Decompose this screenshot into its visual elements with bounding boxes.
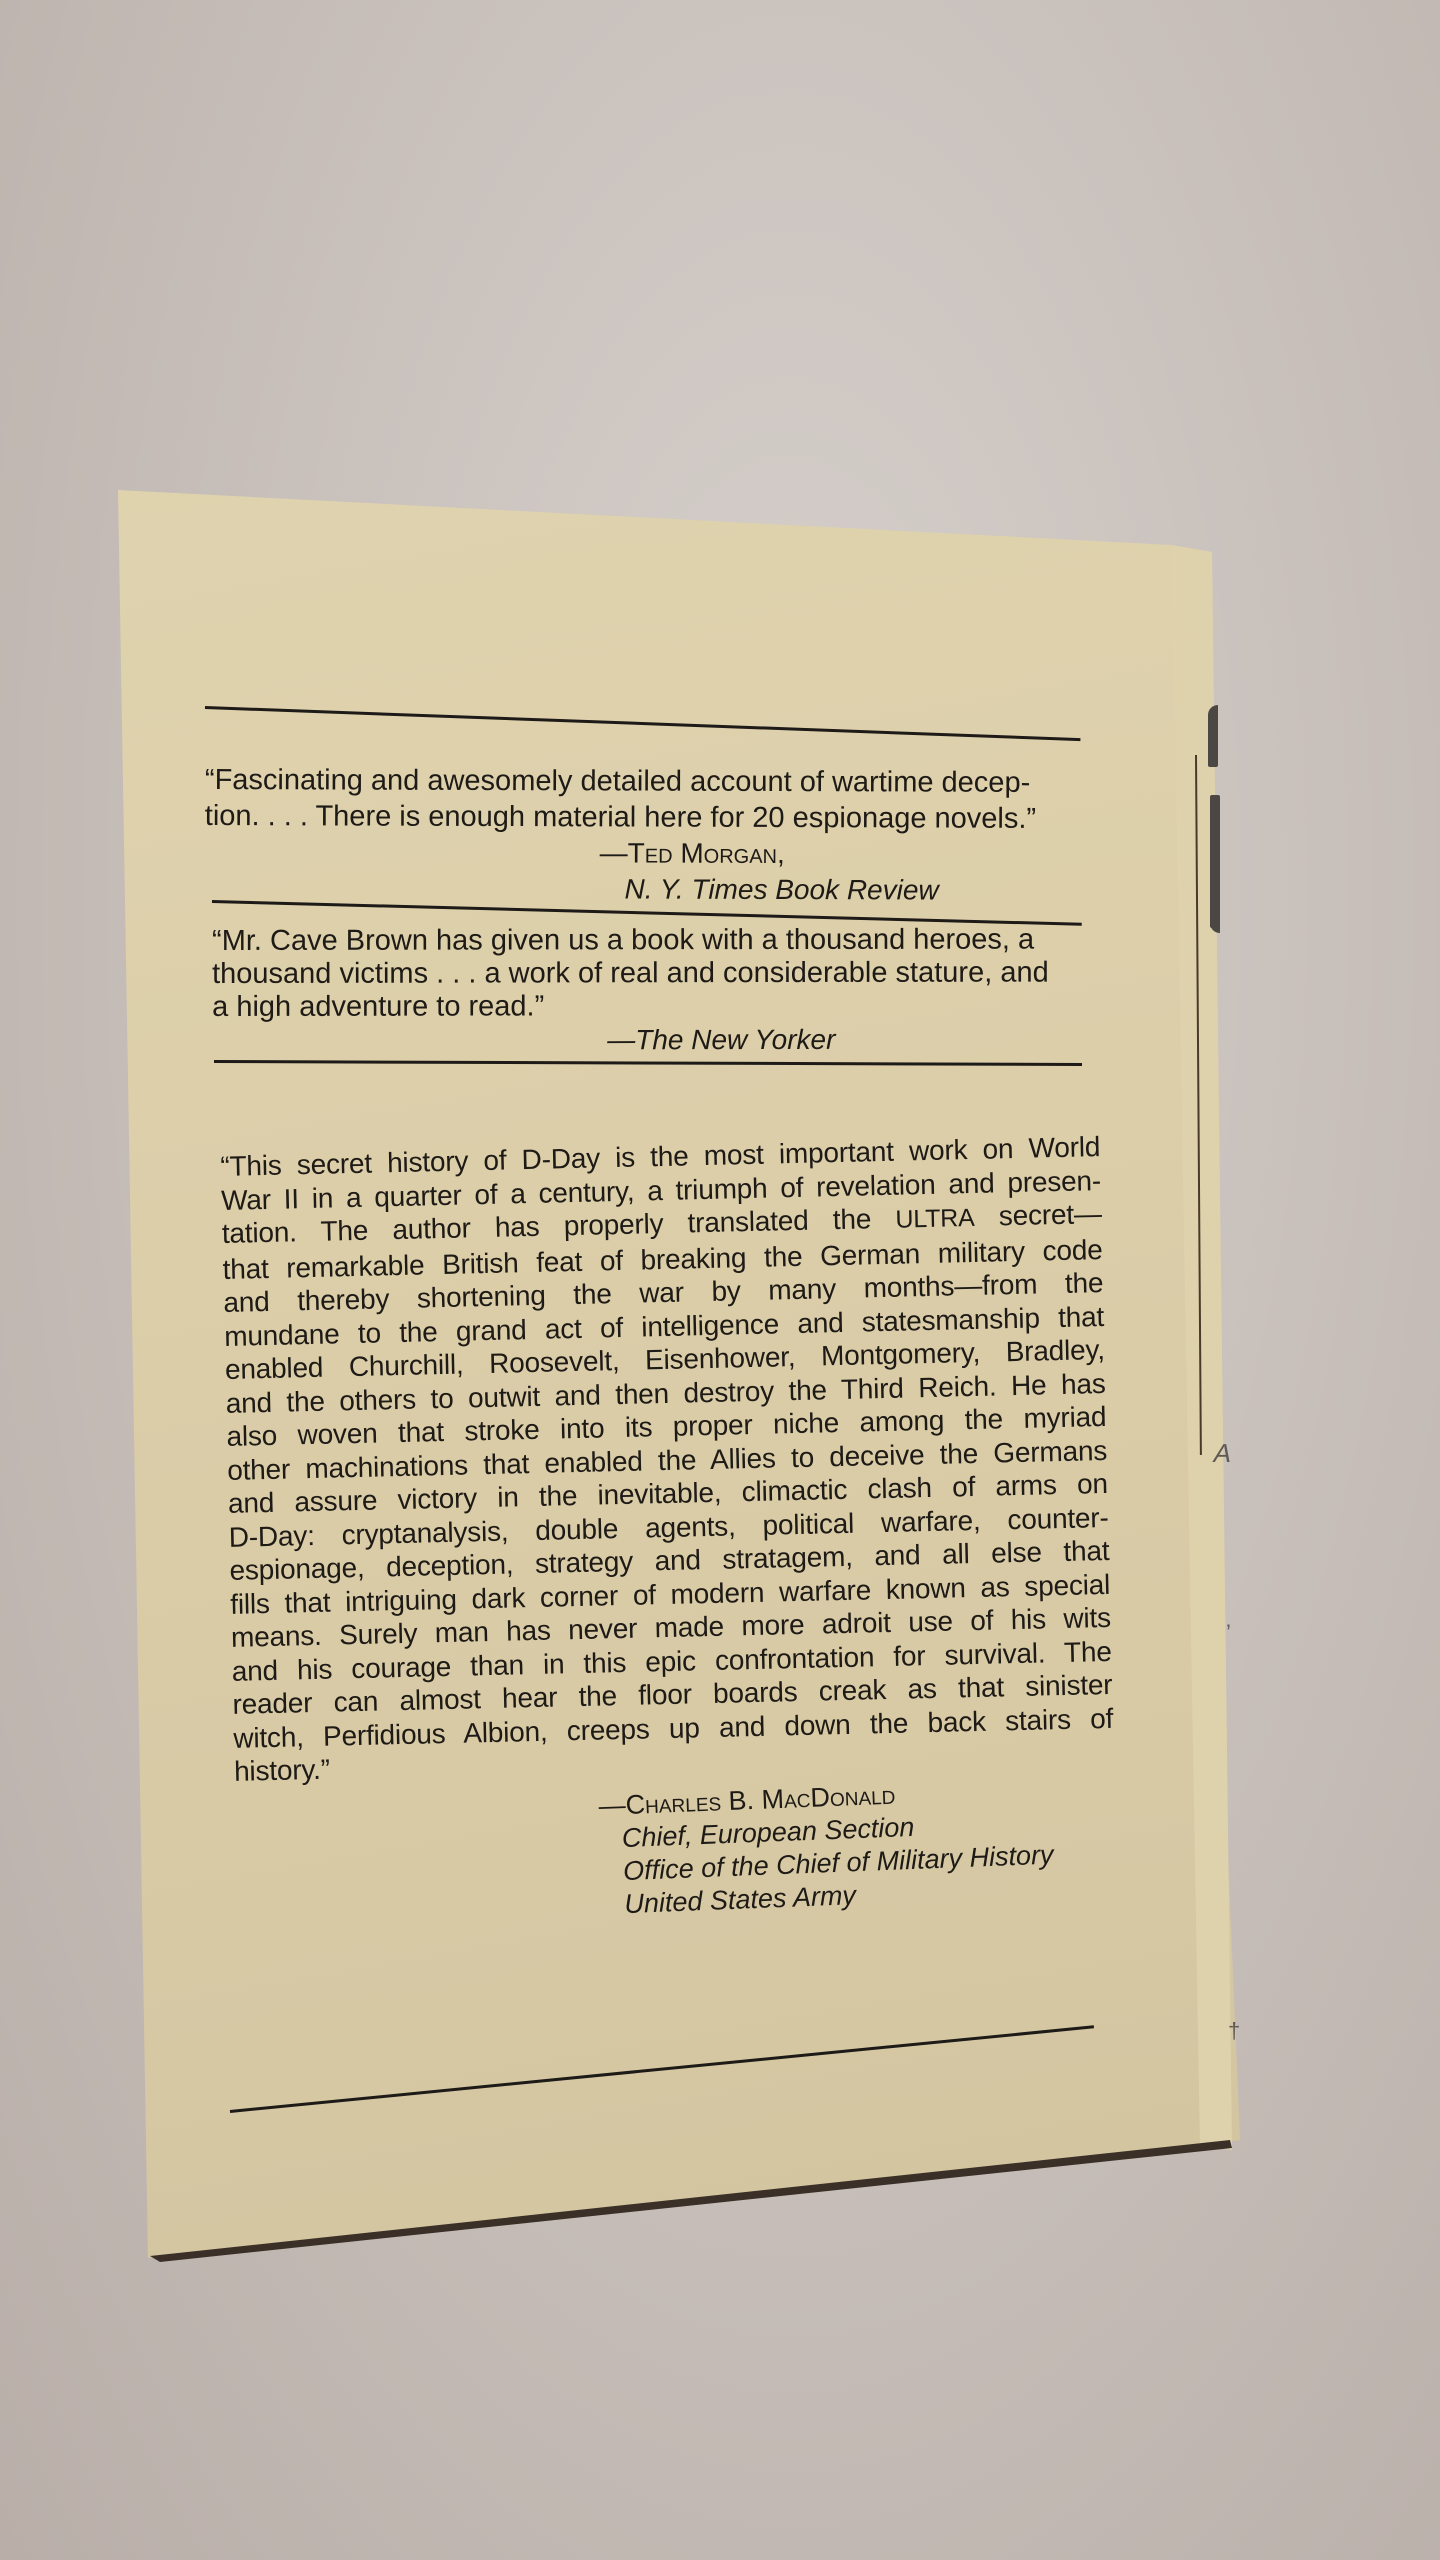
ultra-smallcaps: ULTRA xyxy=(895,1204,975,1234)
blurb-text-line: “Fascinating and awesomely detailed acco… xyxy=(205,762,1085,801)
blurb-text-line: tion. . . . There is enough material her… xyxy=(205,798,1085,837)
blurb-ted-morgan: “Fascinating and awesomely detailed acco… xyxy=(204,762,1084,909)
blurb-source: N. Y. Times Book Review xyxy=(204,870,1084,909)
main-quote-macdonald: “This secret history of D-Day is the mos… xyxy=(220,1130,1114,1788)
blurb-attribution: —Ted Morgan, xyxy=(205,834,1085,873)
photo-scene: “Fascinating and awesomely detailed acco… xyxy=(0,0,1440,2560)
spine-partial-mark: † xyxy=(1228,2018,1240,2044)
spine-title-letter xyxy=(1210,893,1220,933)
blurb-text-line: thousand victims . . . a work of real an… xyxy=(212,956,1092,991)
blurb-text-line: “Mr. Cave Brown has given us a book with… xyxy=(212,923,1092,958)
blurb-text-line: a high adventure to read.” xyxy=(212,989,1092,1024)
spine-partial-mark: ’ xyxy=(1226,1620,1231,1646)
signature-block: —Charles B. MacDonald Chief, European Se… xyxy=(598,1773,1055,1922)
blurb-new-yorker: “Mr. Cave Brown has given us a book with… xyxy=(212,923,1092,1057)
spine-title-letter xyxy=(1208,745,1218,767)
blurb-source: —The New Yorker xyxy=(212,1022,1092,1057)
quote-line-tail: secret— xyxy=(998,1198,1102,1231)
